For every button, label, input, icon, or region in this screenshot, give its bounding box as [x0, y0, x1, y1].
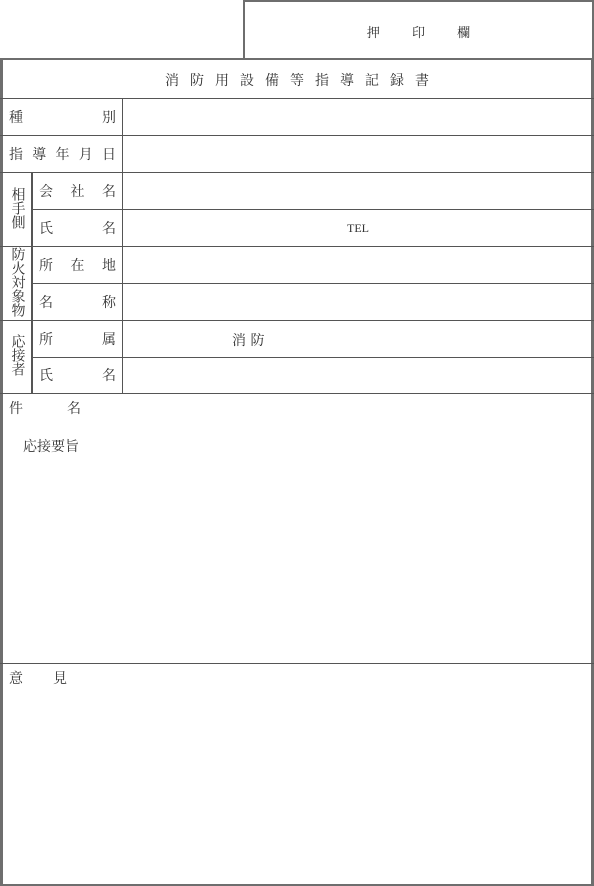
row-label-date: 指 導 年 月 日	[9, 135, 116, 172]
row-label-counterpart-name: 氏 名	[39, 209, 116, 246]
row-label-designation: 名 称	[39, 283, 116, 320]
divider	[122, 98, 123, 393]
group-label-target-object: 防火対象物	[3, 247, 31, 321]
group-label-counterpart: 相手側	[3, 187, 31, 233]
subject-label: 件 名	[9, 398, 81, 418]
row-label-type: 種 別	[9, 98, 116, 135]
row-label-receiver-name: 氏 名	[39, 357, 116, 393]
divider	[31, 172, 33, 393]
affiliation-value[interactable]: 消 防	[232, 330, 264, 350]
summary-label: 応接要旨	[23, 436, 79, 456]
group-label-receiver: 応接者	[3, 334, 31, 380]
stamp-box: 押 印 欄	[243, 0, 594, 59]
summary-area[interactable]	[9, 460, 584, 655]
stamp-box-label: 押 印 欄	[245, 22, 592, 41]
tel-label: TEL	[347, 221, 369, 236]
row-label-company: 会 社 名	[39, 172, 116, 209]
row-label-address: 所 在 地	[39, 246, 116, 283]
form-title: 消防用設備等指導記録書	[0, 70, 594, 90]
opinion-area[interactable]	[9, 695, 584, 875]
row-label-affiliation: 所 属	[39, 320, 116, 357]
opinion-label: 意 見	[9, 668, 67, 688]
divider	[0, 393, 594, 394]
divider	[0, 663, 594, 664]
